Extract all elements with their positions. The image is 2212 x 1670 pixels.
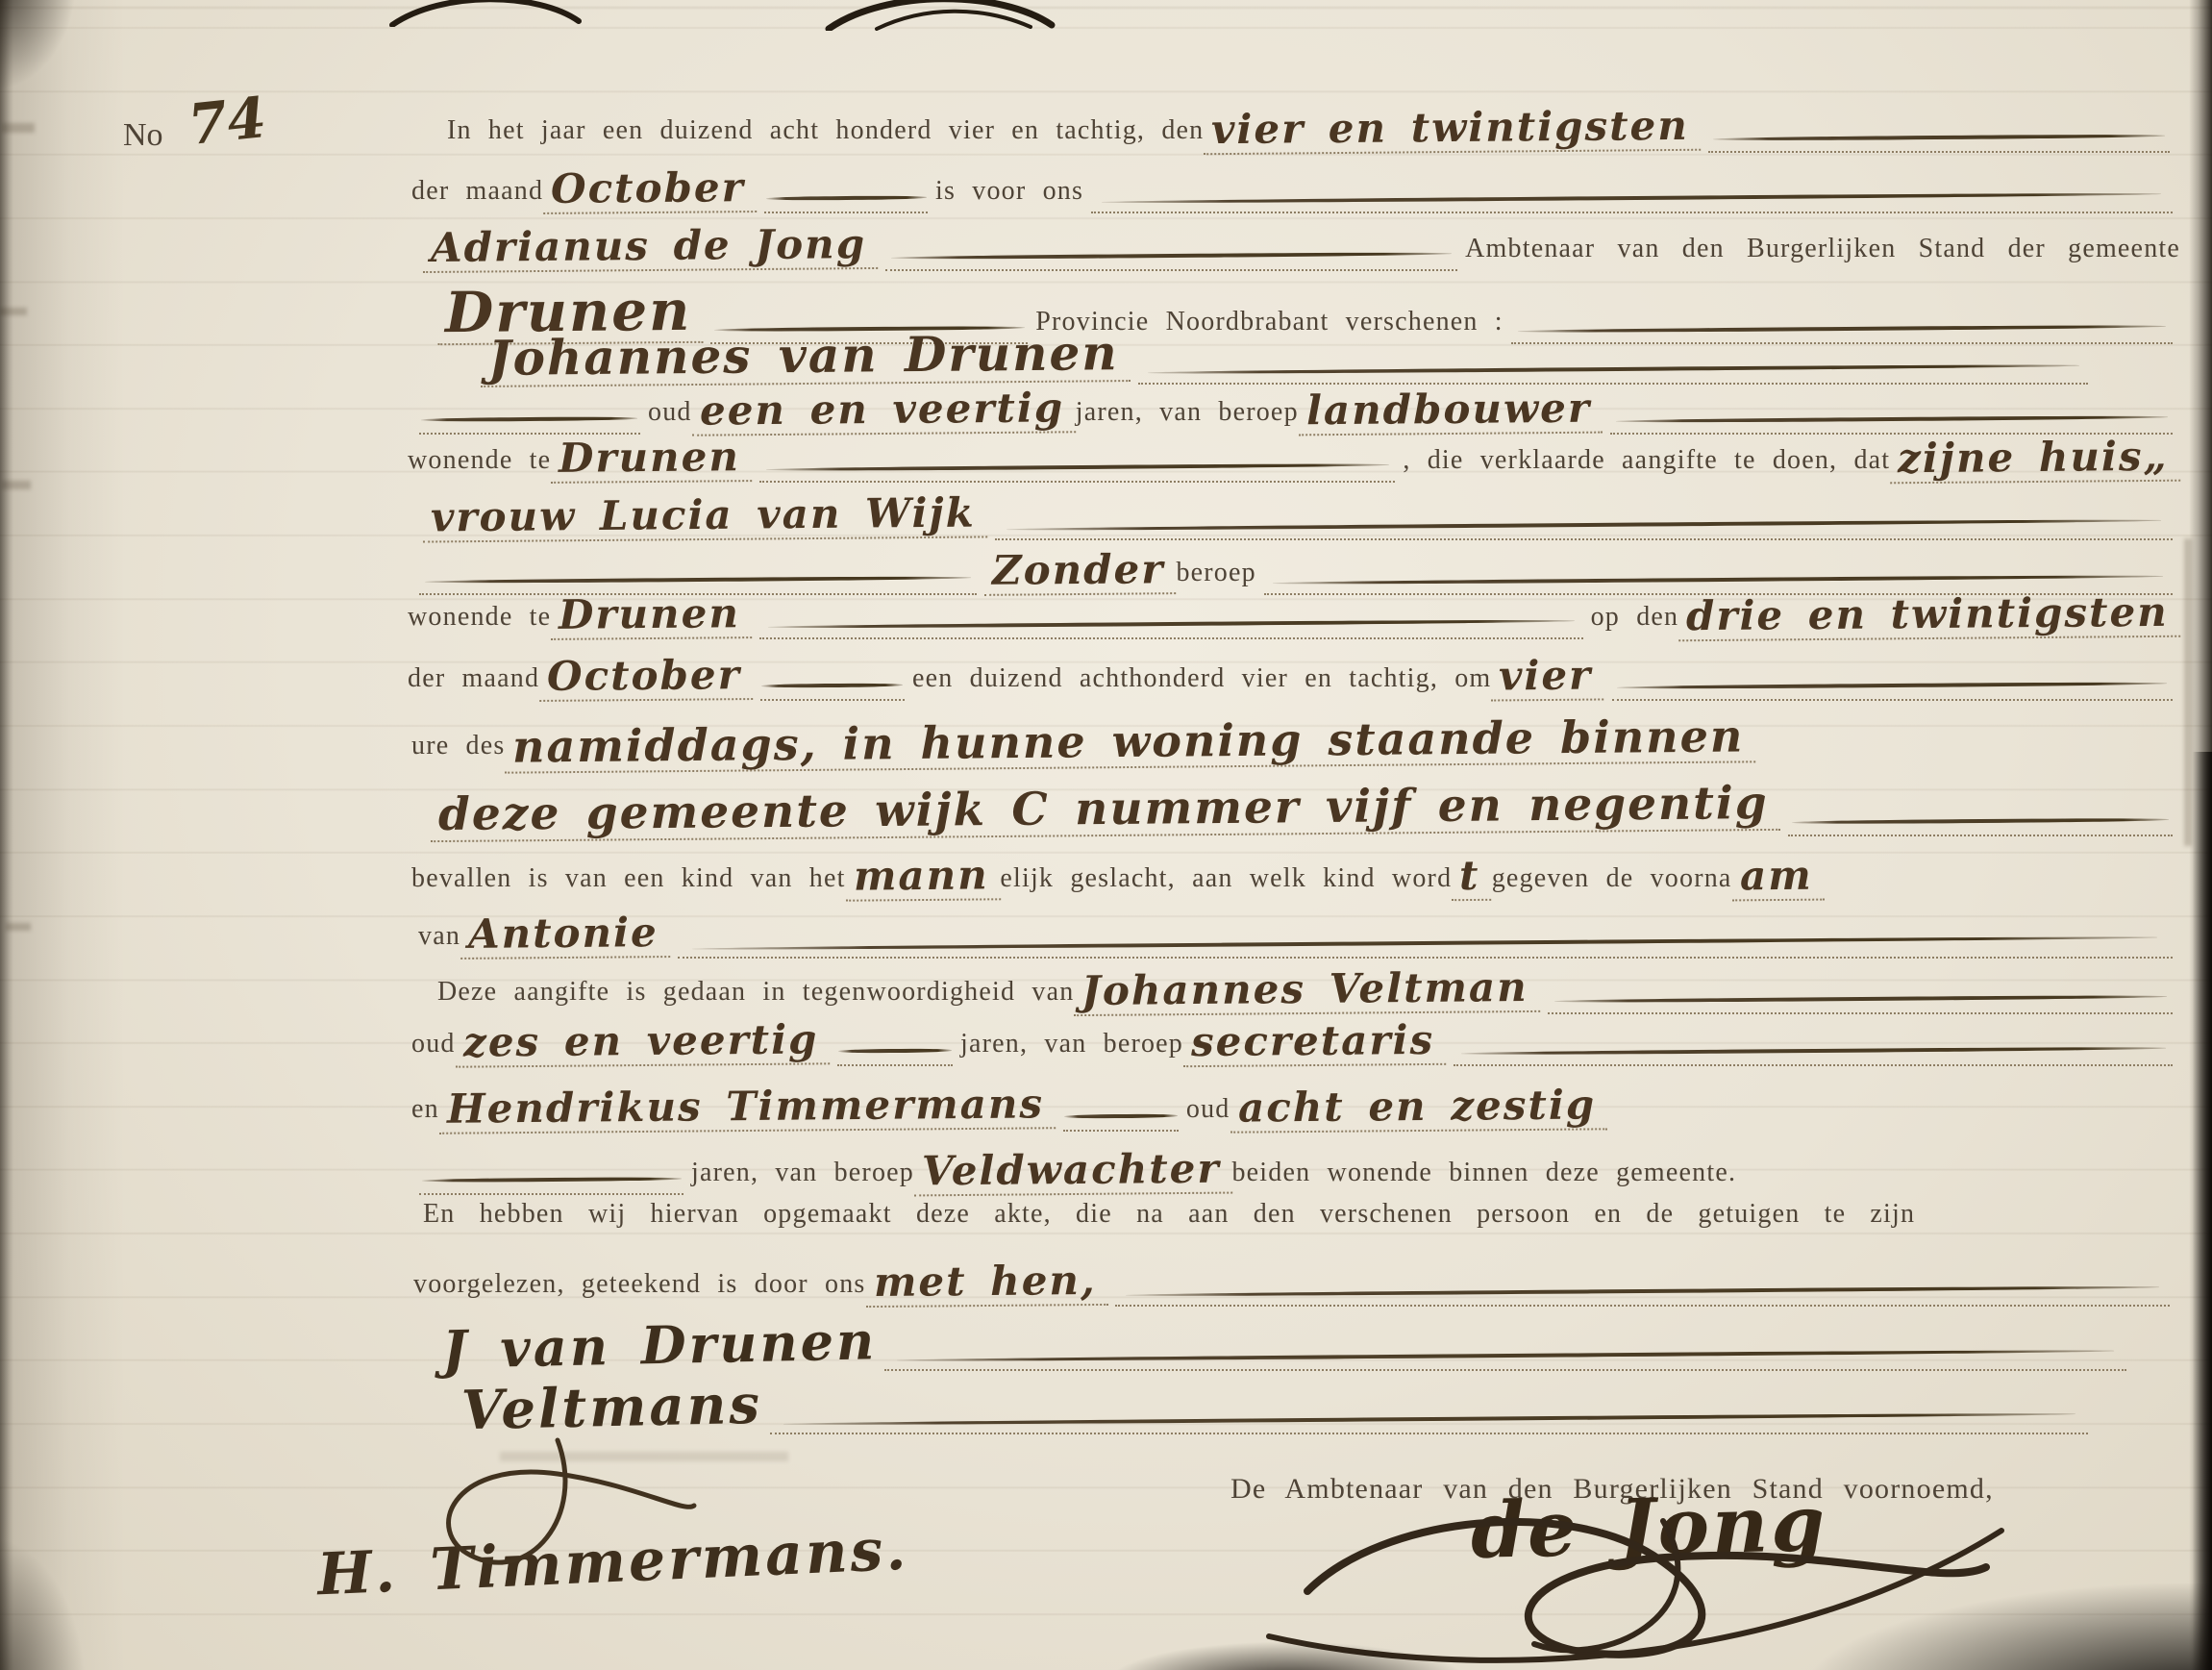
document-line: oudzes en veertigjaren, van beroepsecret… bbox=[411, 1021, 2180, 1066]
handwritten-entry: Drunen bbox=[551, 436, 752, 484]
document-line: Adrianus de JongAmbtenaar van den Burger… bbox=[423, 226, 2180, 271]
ink-fill-line bbox=[884, 1354, 2126, 1371]
handwritten-entry: vrouw Lucia van Wijk bbox=[423, 492, 987, 542]
ink-fill-line bbox=[770, 1417, 2088, 1434]
birth-record-page: No 74 In het jaar een duizend acht honde… bbox=[0, 0, 2212, 1670]
document-line: Veltmans bbox=[461, 1381, 2096, 1434]
printed-form-text: wonende te bbox=[408, 446, 551, 483]
ink-fill-line bbox=[764, 196, 928, 213]
handwritten-entry: zijne huis„ bbox=[1890, 436, 2180, 485]
record-number-label: No bbox=[123, 117, 163, 154]
ink-fill-line bbox=[1454, 1049, 2173, 1066]
document-line: J van Drunen bbox=[442, 1319, 2134, 1371]
binding-gutter-shadow bbox=[0, 0, 125, 1670]
ink-fill-line bbox=[419, 1178, 683, 1195]
ink-fill-line bbox=[1115, 1289, 2170, 1307]
handwritten-entry: October bbox=[539, 655, 753, 702]
ink-fill-line bbox=[419, 417, 640, 435]
document-line: jaren, van beroepVeldwachterbeiden wonen… bbox=[411, 1150, 2180, 1195]
handwritten-entry: Johannes Veltman bbox=[1074, 967, 1540, 1016]
printed-form-text: beiden wonende binnen deze gemeente. bbox=[1231, 1159, 1736, 1195]
handwritten-entry: mann bbox=[845, 855, 1000, 901]
ink-flourish-fragment bbox=[819, 0, 1059, 31]
handwritten-entry: October bbox=[543, 167, 757, 214]
handwritten-entry: vier en twintigsten bbox=[1204, 106, 1701, 156]
printed-form-text: jaren, van beroep bbox=[691, 1159, 914, 1195]
handwritten-entry: Hendrikus Timmermans bbox=[439, 1084, 1056, 1134]
printed-form-text: een duizend achthonderd vier en tachtig,… bbox=[912, 664, 1491, 701]
document-line: vanAntonie bbox=[418, 913, 2180, 959]
printed-form-text: jaren, van beroep bbox=[960, 1030, 1183, 1066]
scan-shadow bbox=[1808, 1583, 2212, 1670]
printed-form-text: is voor ons bbox=[935, 177, 1083, 213]
document-line: En hebben wij hiervan opgemaakt deze akt… bbox=[423, 1200, 2177, 1236]
handwritten-entry: namiddags, in hunne woning staande binne… bbox=[505, 713, 1756, 773]
document-line: der maandOctobereen duizend achthonderd … bbox=[408, 656, 2180, 701]
printed-form-text: en bbox=[411, 1095, 439, 1132]
printed-form-text: der maand bbox=[411, 177, 543, 213]
ink-fill-line bbox=[1091, 196, 2173, 213]
printed-form-text: ure des bbox=[411, 732, 505, 768]
handwritten-entry: Veldwachter bbox=[914, 1149, 1232, 1197]
printed-form-text: , die verklaarde aangifte te doen, dat bbox=[1403, 446, 1890, 483]
scan-shadow bbox=[1106, 1641, 1471, 1670]
handwritten-entry: Johannes van Drunen bbox=[481, 329, 1131, 387]
printed-form-text: En hebben wij hiervan opgemaakt deze akt… bbox=[423, 1200, 1915, 1236]
page-edge-left bbox=[0, 0, 13, 1670]
handwritten-entry: een en veertig bbox=[691, 387, 1076, 436]
veltman-signature-flourish bbox=[413, 1431, 702, 1604]
ink-fill-line bbox=[678, 941, 2173, 959]
handwritten-entry: t bbox=[1452, 856, 1492, 901]
printed-form-text: op den bbox=[1591, 603, 1679, 639]
document-line: In het jaar een duizend acht honderd vie… bbox=[447, 108, 2177, 153]
printed-form-text: jaren, van beroep bbox=[1076, 398, 1299, 435]
signature-text: J van Drunen bbox=[441, 1314, 877, 1375]
printed-form-text: oud bbox=[1186, 1095, 1230, 1132]
printed-form-text: elijk geslacht, aan welk kind word bbox=[1000, 864, 1452, 901]
printed-form-text: wonende te bbox=[408, 603, 551, 639]
document-line: der maandOctoberis voor ons bbox=[411, 168, 2180, 213]
ink-fill-line bbox=[995, 523, 2173, 540]
document-line: Johannes van Drunen bbox=[481, 332, 2096, 385]
document-line: wonende teDrunen, die verklaarde aangift… bbox=[408, 437, 2180, 483]
printed-form-text: beroep bbox=[1176, 559, 1255, 595]
document-line: deze gemeente wijk C nummer vijf en nege… bbox=[431, 786, 2180, 836]
handwritten-entry: Zonder bbox=[984, 549, 1177, 596]
record-number: No 74 bbox=[123, 88, 265, 154]
ink-fill-line bbox=[1063, 1114, 1179, 1132]
ink-fill-line bbox=[885, 254, 1457, 271]
document-line: Zonderberoep bbox=[411, 550, 2180, 595]
signature-text: Veltmans bbox=[460, 1378, 762, 1438]
document-line: Deze aangifte is gedaan in tegenwoordigh… bbox=[437, 969, 2180, 1014]
handwritten-entry: Drunen bbox=[551, 593, 752, 640]
document-line: wonende teDrunenop dendrie en twintigste… bbox=[408, 594, 2180, 639]
document-line: voorgelezen, geteekend is door onsmet he… bbox=[413, 1261, 2177, 1307]
printed-form-text: oud bbox=[411, 1030, 456, 1066]
printed-form-text: In het jaar een duizend acht honderd vie… bbox=[447, 116, 1204, 153]
printed-form-text: Deze aangifte is gedaan in tegenwoordigh… bbox=[437, 978, 1074, 1014]
record-number-value: 74 bbox=[185, 85, 268, 158]
printed-form-text: voorgelezen, geteekend is door ons bbox=[413, 1270, 866, 1307]
ink-fill-line bbox=[837, 1049, 953, 1066]
ink-fill-line bbox=[1138, 367, 2088, 385]
handwritten-entry: drie en twintigsten bbox=[1678, 592, 2180, 642]
ink-fill-line bbox=[759, 622, 1582, 639]
document-line: bevallen is van een kind van hetmannelij… bbox=[411, 856, 2184, 901]
handwritten-entry: deze gemeente wijk C nummer vijf en nege… bbox=[431, 781, 1780, 842]
handwritten-entry: Antonie bbox=[460, 912, 670, 960]
ink-fill-line bbox=[1548, 997, 2173, 1014]
printed-form-text: bevallen is van een kind van het bbox=[411, 864, 846, 901]
ink-fill-line bbox=[1788, 819, 2173, 836]
ink-fill-line bbox=[760, 684, 905, 701]
ink-fill-line bbox=[1612, 684, 2173, 701]
handwritten-entry: am bbox=[1731, 856, 1824, 902]
printed-form-text: Ambtenaar van den Burgerlijken Stand der… bbox=[1465, 235, 2180, 271]
handwritten-entry: acht en zestig bbox=[1230, 1084, 1607, 1133]
handwritten-entry: zes en veertig bbox=[455, 1019, 830, 1067]
handwritten-entry: landbouwer bbox=[1299, 388, 1603, 436]
printed-form-text: der maand bbox=[408, 664, 539, 701]
handwritten-entry: vier bbox=[1491, 655, 1604, 701]
printed-form-text: gegeven de voorna bbox=[1492, 864, 1732, 901]
ink-fill-line bbox=[759, 465, 1395, 483]
printed-form-text: van bbox=[418, 922, 460, 959]
document-line: enHendrikus Timmermansoudacht en zestig bbox=[411, 1086, 2180, 1132]
ink-fill-line bbox=[1610, 417, 2173, 435]
handwritten-entry: met hen, bbox=[865, 1260, 1107, 1308]
handwritten-entry: secretaris bbox=[1183, 1020, 1447, 1067]
printed-form-text: oud bbox=[648, 398, 692, 435]
document-line: oudeen en veertigjaren, van beroeplandbo… bbox=[411, 389, 2180, 435]
document-line: vrouw Lucia van Wijk bbox=[423, 495, 2180, 540]
ink-flourish-fragment bbox=[385, 0, 586, 27]
document-line: ure desnamiddags, in hunne woning staand… bbox=[411, 719, 1988, 768]
page-edge-right bbox=[2189, 0, 2212, 1670]
ink-fill-line bbox=[1708, 136, 2170, 153]
handwritten-entry: Adrianus de Jong bbox=[423, 224, 878, 273]
